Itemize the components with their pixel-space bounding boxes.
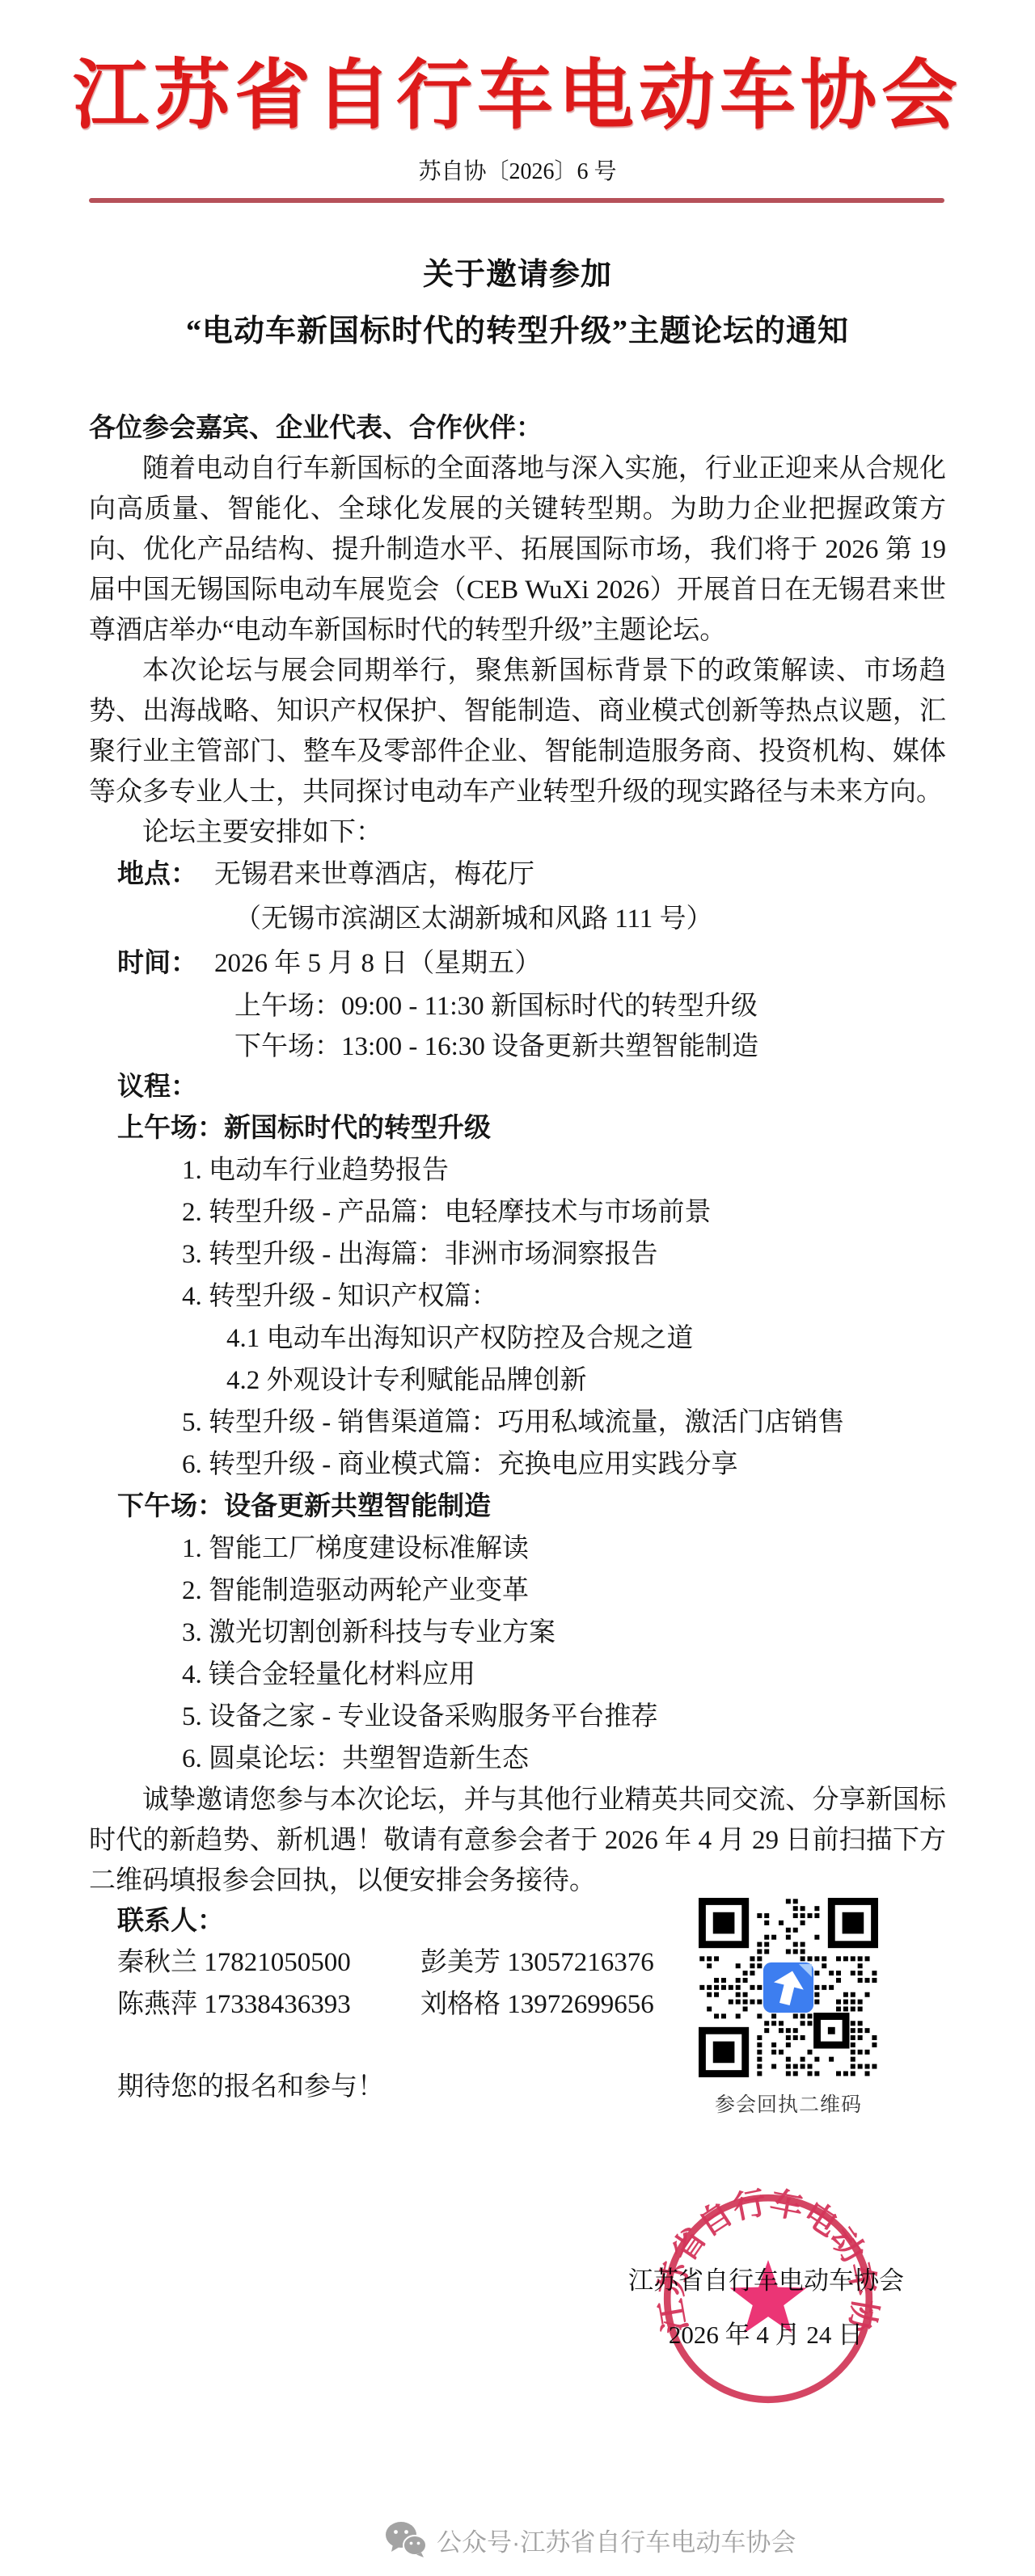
document-body: 各位参会嘉宾、企业代表、合作伙伴： 随着电动自行车新国标的全面落地与深入实施，行… xyxy=(89,408,946,2108)
venue-row: 地点：无锡君来世尊酒店，梅花厅 xyxy=(89,853,946,897)
agenda-subitem: 4.1 电动车出海知识产权防控及合规之道 xyxy=(89,1318,946,1360)
agenda-item: 1. 智能工厂梯度建设标准解读 xyxy=(89,1528,946,1570)
venue-address: （无锡市滨湖区太湖新城和风路 111 号） xyxy=(89,897,946,942)
qr-block: 参会回执二维码 xyxy=(698,1898,879,2118)
salutation: 各位参会嘉宾、企业代表、合作伙伴： xyxy=(89,408,946,449)
qr-center-doc-icon xyxy=(763,1963,813,2013)
agenda-morning-heading: 上午场：新国标时代的转型升级 xyxy=(89,1107,946,1149)
time-value: 2026 年 5 月 8 日（星期五） xyxy=(214,949,541,978)
arrangement-intro: 论坛主要安排如下： xyxy=(89,812,946,853)
qr-caption: 参会回执二维码 xyxy=(698,2089,879,2118)
agenda-item: 6. 转型升级 - 商业模式篇：充换电应用实践分享 xyxy=(89,1444,946,1486)
invitation-paragraph: 诚挚邀请您参与本次论坛，并与其他行业精英共同交流、分享新国标时代的新趋势、新机遇… xyxy=(89,1780,946,1901)
signature-block: 江苏省自行车电动车协会 2026 年 4 月 24 日 xyxy=(628,2260,903,2350)
agenda-item: 3. 激光切割创新科技与专业方案 xyxy=(89,1612,946,1654)
intro-paragraph: 随着电动自行车新国标的全面落地与深入实施，行业正迎来从合规化向高质量、智能化、全… xyxy=(89,449,946,651)
red-divider-rule xyxy=(89,198,944,203)
org-header-title: 江苏省自行车电动车协会 xyxy=(0,34,1035,143)
agenda-item: 2. 智能制造驱动两轮产业变革 xyxy=(89,1570,946,1612)
forum-overview-paragraph: 本次论坛与展会同期举行，聚焦新国标背景下的政策解读、市场趋势、出海战略、知识产权… xyxy=(89,651,946,812)
document-page: 江苏省自行车电动车协会 苏自协〔2026〕6 号 关于邀请参加 “电动车新国标时… xyxy=(0,0,1035,2576)
agenda-item: 3. 转型升级 - 出海篇：非洲市场洞察报告 xyxy=(89,1233,946,1275)
footer-label: 公众号·江苏省自行车电动车协会 xyxy=(437,2522,796,2558)
time-label: 时间： xyxy=(117,942,214,986)
time-row: 时间：2026 年 5 月 8 日（星期五） xyxy=(89,942,946,986)
contact-entry: 彭美芳 13057216376 xyxy=(420,1941,724,1984)
agenda-item: 5. 转型升级 - 销售渠道篇：巧用私域流量，激活门店销售 xyxy=(89,1402,946,1444)
notice-title-line1: 关于邀请参加 xyxy=(0,249,1035,293)
notice-title-line2: “电动车新国标时代的转型升级”主题论坛的通知 xyxy=(0,306,1035,350)
agenda-item: 6. 圆桌论坛：共塑智造新生态 xyxy=(89,1738,946,1780)
signature-date: 2026 年 4 月 24 日 xyxy=(628,2314,903,2350)
wechat-icon xyxy=(385,2521,427,2558)
footer-bar: 公众号·江苏省自行车电动车协会 xyxy=(385,2515,796,2564)
morning-session-time: 上午场：09:00 - 11:30 新国标时代的转型升级 xyxy=(89,986,946,1027)
afternoon-session-time: 下午场：13:00 - 16:30 设备更新共塑智能制造 xyxy=(89,1027,946,1067)
agenda-subitem: 4.2 外观设计专利赋能品牌创新 xyxy=(89,1360,946,1402)
agenda-label: 议程： xyxy=(89,1067,946,1107)
agenda-afternoon-heading: 下午场：设备更新共塑智能制造 xyxy=(89,1486,946,1528)
contact-entry: 刘格格 13972699656 xyxy=(420,1984,724,2026)
venue-value: 无锡君来世尊酒店，梅花厅 xyxy=(214,860,534,889)
contact-entry: 陈燕萍 17338436393 xyxy=(117,1984,420,2026)
agenda-item: 5. 设备之家 - 专业设备采购服务平台推荐 xyxy=(89,1696,946,1738)
agenda-item: 2. 转型升级 - 产品篇：电轻摩技术与市场前景 xyxy=(89,1191,946,1233)
agenda-item: 4. 镁合金轻量化材料应用 xyxy=(89,1654,946,1696)
registration-qr-code xyxy=(699,1898,878,2077)
agenda-item: 4. 转型升级 - 知识产权篇： xyxy=(89,1275,946,1318)
venue-label: 地点： xyxy=(117,853,214,897)
doc-number: 苏自协〔2026〕6 号 xyxy=(0,154,1035,186)
agenda-item: 1. 电动车行业趋势报告 xyxy=(89,1149,946,1191)
signature-org: 江苏省自行车电动车协会 xyxy=(628,2260,903,2296)
contact-entry: 秦秋兰 17821050500 xyxy=(117,1941,420,1984)
